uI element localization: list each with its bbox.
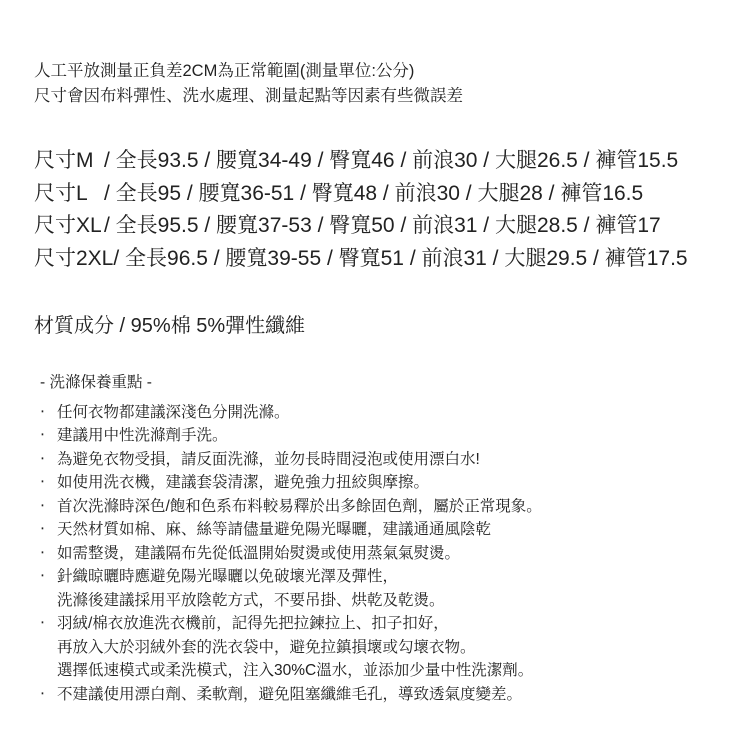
care-heading: - 洗滌保養重點 - bbox=[40, 371, 542, 395]
measurement-note: 人工平放測量正負差2CM為正常範圍(測量單位:公分) 尺寸會因布料彈性、洗水處理… bbox=[34, 59, 463, 109]
care-section: - 洗滌保養重點 - ‧ 任何衣物都建議深淺色分開洗滌。 ‧ 建議用中性洗滌劑手… bbox=[40, 371, 542, 706]
care-line: ‧ 羽絨/棉衣放進洗衣機前，記得先把拉鍊拉上、扣子扣好， bbox=[40, 612, 542, 636]
material-composition: 材質成分 / 95%棉 5%彈性纖維 bbox=[34, 312, 305, 340]
bullet-dot: ‧ bbox=[40, 612, 57, 636]
bullet-dot: ‧ bbox=[40, 565, 57, 589]
care-line: ‧ 為避免衣物受損，請反面洗滌，並勿長時間浸泡或使用漂白水! bbox=[40, 448, 542, 472]
care-text: 如需整燙，建議隔布先從低溫開始熨燙或使用蒸氣氣熨燙。 bbox=[57, 542, 460, 566]
care-text: 為避免衣物受損，請反面洗滌，並勿長時間浸泡或使用漂白水! bbox=[57, 448, 480, 472]
care-text: 針織晾曬時應避免陽光曝曬以免破壞光澤及彈性， bbox=[57, 565, 398, 589]
size-row-xl: 尺寸XL / 全長95.5 / 腰寬37-53 / 臀寬50 / 前浪31 / … bbox=[34, 210, 688, 243]
bullet-dot bbox=[40, 589, 57, 613]
bullet-dot: ‧ bbox=[40, 683, 57, 707]
bullet-dot: ‧ bbox=[40, 518, 57, 542]
size-label-2xl: 尺寸2XL bbox=[34, 243, 113, 276]
size-row-m: 尺寸M / 全長93.5 / 腰寬34-49 / 臀寬46 / 前浪30 / 大… bbox=[34, 145, 688, 178]
care-line-continuation: 洗滌後建議採用平放陰乾方式，不要吊掛、烘乾及乾燙。 bbox=[40, 589, 542, 613]
care-text: 首次洗滌時深色/飽和色系布料較易釋於出多餘固色劑，屬於正常現象。 bbox=[57, 495, 542, 519]
size-label-m: 尺寸M bbox=[34, 145, 104, 178]
care-text: 再放入大於羽絨外套的洗衣袋中，避免拉鎮損壞或勾壞衣物。 bbox=[57, 636, 476, 660]
care-text: 建議用中性洗滌劑手洗。 bbox=[57, 424, 228, 448]
bullet-dot: ‧ bbox=[40, 424, 57, 448]
care-text: 如使用洗衣機，建議套袋清潔，避免強力扭絞與摩擦。 bbox=[57, 471, 429, 495]
care-line: ‧ 天然材質如棉、麻、絲等請儘量避免陽光曝曬，建議通通風陰乾 bbox=[40, 518, 542, 542]
care-text: 不建議使用漂白劑、柔軟劑，避免阻塞纖維毛孔，導致透氣度變差。 bbox=[57, 683, 522, 707]
bullet-dot: ‧ bbox=[40, 542, 57, 566]
bullet-dot: ‧ bbox=[40, 471, 57, 495]
bullet-dot: ‧ bbox=[40, 401, 57, 425]
care-line: ‧ 如使用洗衣機，建議套袋清潔，避免強力扭絞與摩擦。 bbox=[40, 471, 542, 495]
size-specs-m: / 全長93.5 / 腰寬34-49 / 臀寬46 / 前浪30 / 大腿26.… bbox=[104, 145, 678, 178]
size-label-l: 尺寸L bbox=[34, 178, 104, 211]
care-line-continuation: 選擇低速模式或柔洗模式，注入30%C溫水，並添加少量中性洗潔劑。 bbox=[40, 659, 542, 683]
care-text: 洗滌後建議採用平放陰乾方式，不要吊掛、烘乾及乾燙。 bbox=[57, 589, 445, 613]
size-row-l: 尺寸L / 全長95 / 腰寬36-51 / 臀寬48 / 前浪30 / 大腿2… bbox=[34, 178, 688, 211]
care-line: ‧ 不建議使用漂白劑、柔軟劑，避免阻塞纖維毛孔，導致透氣度變差。 bbox=[40, 683, 542, 707]
size-specs-2xl: / 全長96.5 / 腰寬39-55 / 臀寬51 / 前浪31 / 大腿29.… bbox=[113, 243, 687, 276]
care-line: ‧ 首次洗滌時深色/飽和色系布料較易釋於出多餘固色劑，屬於正常現象。 bbox=[40, 495, 542, 519]
care-text: 任何衣物都建議深淺色分開洗滌。 bbox=[57, 401, 290, 425]
size-specs-xl: / 全長95.5 / 腰寬37-53 / 臀寬50 / 前浪31 / 大腿28.… bbox=[104, 210, 661, 243]
bullet-dot bbox=[40, 659, 57, 683]
bullet-dot bbox=[40, 636, 57, 660]
size-table: 尺寸M / 全長93.5 / 腰寬34-49 / 臀寬46 / 前浪30 / 大… bbox=[34, 145, 688, 275]
care-line: ‧ 建議用中性洗滌劑手洗。 bbox=[40, 424, 542, 448]
care-text: 天然材質如棉、麻、絲等請儘量避免陽光曝曬，建議通通風陰乾 bbox=[57, 518, 491, 542]
bullet-dot: ‧ bbox=[40, 495, 57, 519]
measurement-note-line-2: 尺寸會因布料彈性、洗水處理、測量起點等因素有些微誤差 bbox=[34, 84, 463, 109]
size-label-xl: 尺寸XL bbox=[34, 210, 104, 243]
bullet-dot: ‧ bbox=[40, 448, 57, 472]
care-line: ‧ 針織晾曬時應避免陽光曝曬以免破壞光澤及彈性， bbox=[40, 565, 542, 589]
care-text: 羽絨/棉衣放進洗衣機前，記得先把拉鍊拉上、扣子扣好， bbox=[57, 612, 449, 636]
care-line-continuation: 再放入大於羽絨外套的洗衣袋中，避免拉鎮損壞或勾壞衣物。 bbox=[40, 636, 542, 660]
care-line: ‧ 任何衣物都建議深淺色分開洗滌。 bbox=[40, 401, 542, 425]
measurement-note-line-1: 人工平放測量正負差2CM為正常範圍(測量單位:公分) bbox=[34, 59, 463, 84]
care-line: ‧ 如需整燙，建議隔布先從低溫開始熨燙或使用蒸氣氣熨燙。 bbox=[40, 542, 542, 566]
size-row-2xl: 尺寸2XL / 全長96.5 / 腰寬39-55 / 臀寬51 / 前浪31 /… bbox=[34, 243, 688, 276]
size-specs-l: / 全長95 / 腰寬36-51 / 臀寬48 / 前浪30 / 大腿28 / … bbox=[104, 178, 643, 211]
care-text: 選擇低速模式或柔洗模式，注入30%C溫水，並添加少量中性洗潔劑。 bbox=[57, 659, 533, 683]
